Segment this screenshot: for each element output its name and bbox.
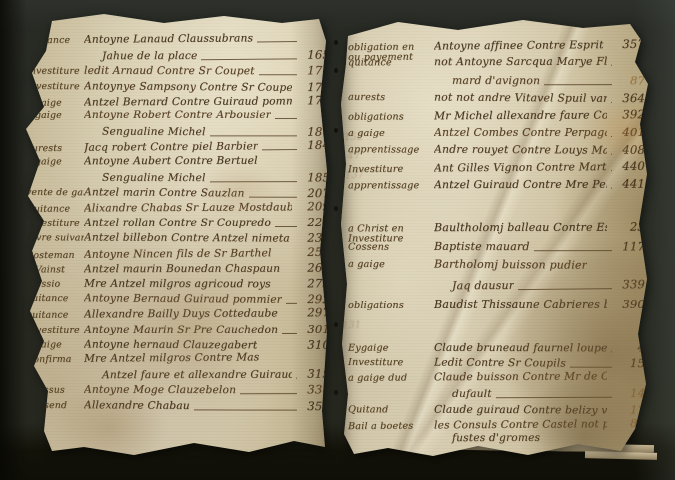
folio-number: 15 (615, 356, 645, 370)
folio-number: 84 (615, 416, 645, 430)
margin-word: Crossus (26, 386, 84, 396)
binding-stitch-dot (334, 40, 338, 45)
register-line: apprentissageAndre rouyet Contre Louys M… (348, 142, 645, 161)
entry-text: Allexandre Chabau (84, 399, 190, 412)
margin-keyword: Investiture (26, 67, 84, 77)
entry-text: dufault (434, 388, 492, 400)
margin-word: apprentissage (348, 181, 434, 191)
margin-word: quitance (348, 59, 434, 69)
margin-keyword: Quitand (348, 405, 434, 416)
margin-keyword: a gaige (26, 111, 84, 121)
margin-word: a gaige (348, 129, 434, 139)
margin-word: quitance (26, 294, 84, 304)
entry-text: Antoyne hernaud Clauzegabert (84, 338, 257, 351)
entry-text: Antzel Bernard Contre Guiraud pommier (84, 95, 292, 108)
folio-number: 310 (300, 337, 330, 351)
folio-number: 185 (300, 170, 330, 184)
margin-word: Investiture (26, 219, 84, 229)
margin-keyword: quitance (348, 59, 434, 69)
register-line: a gaigeAntoyne Aubert Contre Bertuel (26, 154, 330, 170)
margin-word: Quitance (26, 205, 84, 215)
folio-number: 315 (300, 367, 330, 381)
folio-number: 174 (300, 93, 330, 107)
margin-word: Quitance (26, 36, 84, 46)
margin-word: a gaige (26, 98, 84, 108)
register-line: fustes d'gromes (348, 432, 645, 448)
entry-text: Antzel Guiraud Contre Mre Pel Chabuet (434, 178, 607, 191)
margin-keyword: Investiture (26, 219, 84, 229)
margin-keyword: obligations (348, 301, 434, 311)
margin-keyword: Crossus (26, 386, 84, 396)
register-line: Sengualine Michel185 (26, 169, 330, 185)
entry-text: Claude bruneaud faurnel loupen Bollena (434, 342, 607, 354)
register-line: obligationsBaudist Thissaune Cabrieres b… (348, 297, 645, 316)
folio-number: 14 (615, 386, 645, 400)
margin-word: a gaige (26, 111, 84, 121)
margin-keyword: a gaige dud (348, 373, 434, 384)
entry-text: Andre rouyet Contre Louys Mazer (434, 143, 607, 157)
register-line: InvestitureAntzel rollan Contre Sr Coupr… (26, 215, 330, 230)
margin-keyword: quitance (26, 294, 84, 304)
margin-word: Confirma (26, 355, 84, 365)
margin-keyword: Costeman (26, 250, 84, 260)
register-line: QuitanceAlixandre Chabas Sr Lauze Mostda… (26, 199, 330, 216)
margin-keyword: Investiture (348, 164, 434, 175)
margin-keyword: a gaige (348, 129, 434, 139)
margin-word: Messio (26, 280, 84, 290)
right-page-wrap: 152 147 137 131 obligation enou payement… (338, 14, 653, 464)
entry-text: Claude guiraud Contre belizy valles (434, 403, 607, 416)
margin-keyword: a gaige (348, 260, 434, 271)
entry-text: Ledit Contre Sr Coupils (434, 357, 566, 370)
margin-keyword: Bail a boetes (348, 421, 434, 432)
folio-number: 165 (300, 48, 330, 62)
margin-word: Eygaige (348, 344, 434, 354)
folio-number: 87 (615, 73, 645, 87)
register-line: CossendAllexandre Chabau354 (26, 396, 330, 414)
folio-number: 254 (300, 244, 330, 258)
margin-keyword: Investiture (26, 326, 84, 336)
margin-keyword: Quitance (26, 205, 84, 215)
entry-text: Alixandre Chabas Sr Lauze Mostdaube (84, 201, 292, 214)
entry-text: Antzel Combes Contre Perpagan lou (434, 126, 607, 139)
margin-word: a gaige (26, 157, 84, 167)
entry-text: Claude buisson Contre Mr de Cassag (434, 370, 607, 383)
margin-word: Investiture (348, 164, 434, 175)
entry-text: Antoyne Nincen fils de Sr Barthel (84, 247, 272, 260)
entry-text: Antoyne affinee Contre Esprit niralles (434, 38, 607, 52)
margin-word: Investiture (26, 81, 84, 91)
margin-word: quitance (26, 311, 84, 321)
entry-text: Mre Antzel milgros agricoud roys (84, 278, 271, 290)
margin-word: aurests (348, 93, 434, 104)
folio-number: 297 (300, 306, 330, 320)
margin-keyword: aurests (348, 93, 434, 104)
dash-leader (514, 288, 615, 289)
margin-keyword: a gaige (26, 98, 84, 108)
entry-text: Antoyne Robert Contre Arbousier (84, 109, 271, 121)
margin-keyword: a Vainst (26, 265, 84, 275)
margin-keyword: aurests (26, 144, 84, 154)
folio-number: 392 (615, 107, 645, 121)
margin-keyword: Confirma (26, 355, 84, 365)
entry-text: Antoyne Aubert Contre Bertuel (84, 154, 258, 166)
folio-number: 224 (300, 215, 330, 229)
folio-number: 364 (615, 91, 645, 105)
margin-keyword: Quitance (26, 36, 84, 46)
register-line: InvestitureAntoyne Maurin Sr Pre Cauched… (26, 322, 330, 337)
binding-stitch-dot (334, 206, 338, 211)
margin-word: Cossend (26, 400, 84, 410)
entry-text: Antoyne Bernaud Guiraud pommier (84, 292, 282, 306)
register-line: a gaigeAntoyne Robert Contre Arbousier (26, 109, 330, 124)
register-line: mard d'avignon87 (348, 72, 645, 90)
entry-text: Baultholomj balleau Contre Esprit guiroy (434, 221, 607, 234)
entry-text: Antoyne Moge Clauzebelon (84, 384, 236, 396)
entry-text: Jahue de la place (84, 50, 197, 62)
entry-text: Antzel billebon Contre Antzel nimeta (84, 232, 290, 245)
register-line: InvestitureLedit Contre Sr Coupils15 (348, 354, 645, 372)
entry-text: Bartholomj buisson pudier (434, 258, 587, 272)
folio-number: 357 (615, 37, 645, 51)
entry-text: Ant Gilles Vignon Contre Martin Conse (434, 160, 607, 174)
register-line: Antzel faure et allexandre Guiraud315 (26, 367, 330, 383)
entry-text: Antoyne Lanaud Claussubrans (84, 32, 253, 45)
entry-text: Sengualine Michel (84, 126, 206, 139)
entry-group: EygaigeClaude bruneaud faurnel loupen Bo… (348, 340, 645, 448)
register-line: Investitureledit Arnaud Contre Sr Coupet… (26, 63, 330, 79)
entry-text: Jaq dausur (434, 278, 514, 291)
margin-word: Investiture (26, 326, 84, 336)
register-line: Jaq dausur339 (348, 277, 645, 298)
margin-word: Quitand (348, 405, 434, 416)
register-line: InvestitureAntoynye Sampsony Contre Sr C… (26, 77, 330, 95)
binding-stitch-dot (334, 390, 338, 395)
margin-keyword: Eygaige (348, 344, 434, 354)
margin-keyword: a gaige (26, 340, 84, 350)
register-line: a gaigeBartholomj buisson pudier (348, 257, 645, 279)
folio-number: 184 (300, 138, 330, 152)
binding-stitch-dot (334, 128, 338, 133)
margin-word: obligations (348, 301, 434, 311)
right-manuscript-page: 152 147 137 131 obligation enou payement… (338, 14, 653, 464)
folio-number: 440 (615, 159, 645, 173)
entry-text: les Consuls Contre Castel not pommier (434, 418, 607, 431)
left-manuscript-page: QuitanceAntoyne Lanaud ClaussubransJahue… (14, 11, 336, 459)
margin-keyword: Messio (26, 280, 84, 290)
margin-word: a gaige (348, 260, 434, 271)
register-line: aurestsnot not andre Vitavel Spuil vaneu… (348, 89, 645, 109)
folio-number: 292 (300, 292, 330, 306)
folio-number: 209 (300, 199, 330, 213)
entry-text: Antzel rollan Contre Sr Coupredo (84, 217, 271, 229)
entry-text: Sengualine Michel (84, 171, 206, 183)
binding-stitch-dot (334, 322, 338, 327)
margin-keyword: Investiture (348, 358, 434, 369)
register-line: Jahue de la place165 (26, 48, 330, 64)
register-line: Invre suivantAntzel billebon Contre Antz… (26, 230, 330, 247)
margin-word: apprentissage (348, 146, 434, 157)
margin-word: vente de gain (26, 188, 84, 198)
margin-keyword: quitance (26, 311, 84, 321)
margin-keyword: Cossens (348, 243, 434, 253)
margin-keyword: apprentissage (348, 146, 434, 157)
entry-text: Antoyne Maurin Sr Pre Cauchedon (84, 324, 278, 336)
register-line: quitancenot Antoyne Sarcqua Marye Florin (348, 55, 645, 73)
margin-keyword: Invre suivant (26, 234, 84, 244)
entry-text: Mr Michel allexandre faure Contre Sebast… (434, 108, 607, 122)
margin-word: Investiture (348, 358, 434, 369)
register-line: a Christ enInvestitureBaultholomj ballea… (348, 220, 645, 240)
margin-word: Bail a boetes (348, 421, 434, 432)
manuscript-scan-viewport: QuitanceAntoyne Lanaud ClaussubransJahue… (0, 0, 675, 480)
folio-number: 4 (615, 340, 645, 354)
margin-word: a gaige dud (348, 373, 434, 384)
margin-word: Invre suivant (26, 234, 84, 244)
entry-text: not Antoyne Sarcqua Marye Florin (434, 55, 607, 68)
folio-number: 173 (300, 80, 330, 94)
folio-number: 441 (615, 177, 645, 191)
folio-number: 338 (300, 383, 330, 397)
register-line: quitanceAllexandre Bailly Duys Cottedaub… (26, 306, 330, 323)
entry-text: Antzel maurin Bounedan Chaspaun (84, 263, 280, 276)
dash-leader (190, 409, 300, 410)
folio-number: 354 (300, 398, 330, 412)
margin-word: aurests (26, 144, 84, 154)
binding-stitch-dot (334, 68, 338, 73)
entry-text: Antzel faure et allexandre Guiraud (84, 369, 292, 382)
entry-text: Baptiste mauard (434, 240, 530, 253)
margin-word: obligations (348, 112, 434, 123)
folio-number: 117 (615, 239, 645, 253)
folio-number: 207 (300, 186, 330, 200)
register-line: CrossusAntoyne Moge Clauzebelon338 (26, 382, 330, 398)
left-page-wrap: QuitanceAntoyne Lanaud ClaussubransJahue… (14, 11, 336, 459)
folio-number: 401 (615, 125, 645, 139)
register-line: CossensBaptiste mauard117 (348, 239, 645, 259)
entry-text: Allexandre Bailly Duys Cottedaube (84, 308, 278, 321)
register-line: obligation enou payementAntoyne affinee … (348, 37, 645, 57)
entry-text: Baudist Thissaune Cabrieres barrot (434, 298, 607, 311)
entry-text: not not andre Vitavel Spuil vaneur (434, 91, 607, 105)
folio-number: 180 (300, 125, 330, 139)
entry-text: Antoynye Sampsony Contre Sr Coupet (84, 80, 292, 94)
margin-word: Investiture (26, 67, 84, 77)
folio-number: 408 (615, 143, 645, 157)
left-page-register-lines: QuitanceAntoyne Lanaud ClaussubransJahue… (26, 33, 330, 413)
folio-number: 301 (300, 322, 330, 336)
margin-word: Costeman (26, 250, 84, 260)
folio-number: 339 (615, 277, 645, 291)
register-line: a gaigeAntzel Combes Contre Perpagan lou… (348, 125, 645, 142)
right-page-register-lines: obligation enou payementAntoyne affinee … (348, 14, 645, 464)
register-line: ConfirmaMre Antzel milgros Contre Mas (26, 351, 330, 369)
margin-word: a Vainst (26, 265, 84, 275)
entry-text: Antzel marin Contre Sauzlan (84, 186, 245, 199)
register-line: a gaige dudClaude buisson Contre Mr de C… (348, 370, 645, 387)
margin-word: Cossens (348, 243, 434, 253)
entry-text: Jacq robert Contre piel Barbier (84, 141, 258, 154)
register-line: apprentissageAntzel Guiraud Contre Mre P… (348, 177, 645, 195)
entry-text: ledit Arnaud Contre Sr Coupet (84, 65, 255, 77)
folio-number: 390 (615, 297, 645, 311)
entry-group: a Christ enInvestitureBaultholomj ballea… (348, 220, 645, 316)
entry-group: obligation enou payementAntoyne affinee … (348, 38, 645, 195)
folio-number: 233 (300, 231, 330, 245)
margin-keyword: apprentissage (348, 181, 434, 191)
register-line: dufault14 (348, 386, 645, 401)
margin-word: a gaige (26, 340, 84, 350)
register-line: InvestitureAnt Gilles Vignon Contre Mart… (348, 159, 645, 179)
margin-keyword: vente de gain (26, 188, 84, 198)
folio-number: 265 (300, 260, 330, 274)
folio-number: 23 (615, 220, 645, 234)
folio-number: 17 (615, 402, 645, 416)
folio-number: 273 (300, 276, 330, 290)
register-line: aurestsJacq robert Contre piel Barbier18… (26, 138, 330, 156)
entry-text: mard d'avignon (434, 74, 540, 87)
margin-keyword: obligations (348, 112, 434, 123)
entry-text: fustes d'gromes (434, 432, 540, 444)
margin-keyword: Investiture (26, 81, 84, 91)
register-line: CostemanAntoyne Nincen fils de Sr Barthe… (26, 244, 330, 262)
margin-keyword: Cossend (26, 400, 84, 410)
margin-keyword: a gaige (26, 157, 84, 167)
folio-number: 171 (300, 64, 330, 78)
register-line: a gaigeAntzel Bernard Contre Guiraud pom… (26, 93, 330, 110)
register-line: a VainstAntzel maurin Bounedan Chaspaun2… (26, 260, 330, 276)
entry-text: Mre Antzel milgros Contre Mas (84, 351, 259, 364)
register-line: obligationsMr Michel allexandre faure Co… (348, 107, 645, 126)
